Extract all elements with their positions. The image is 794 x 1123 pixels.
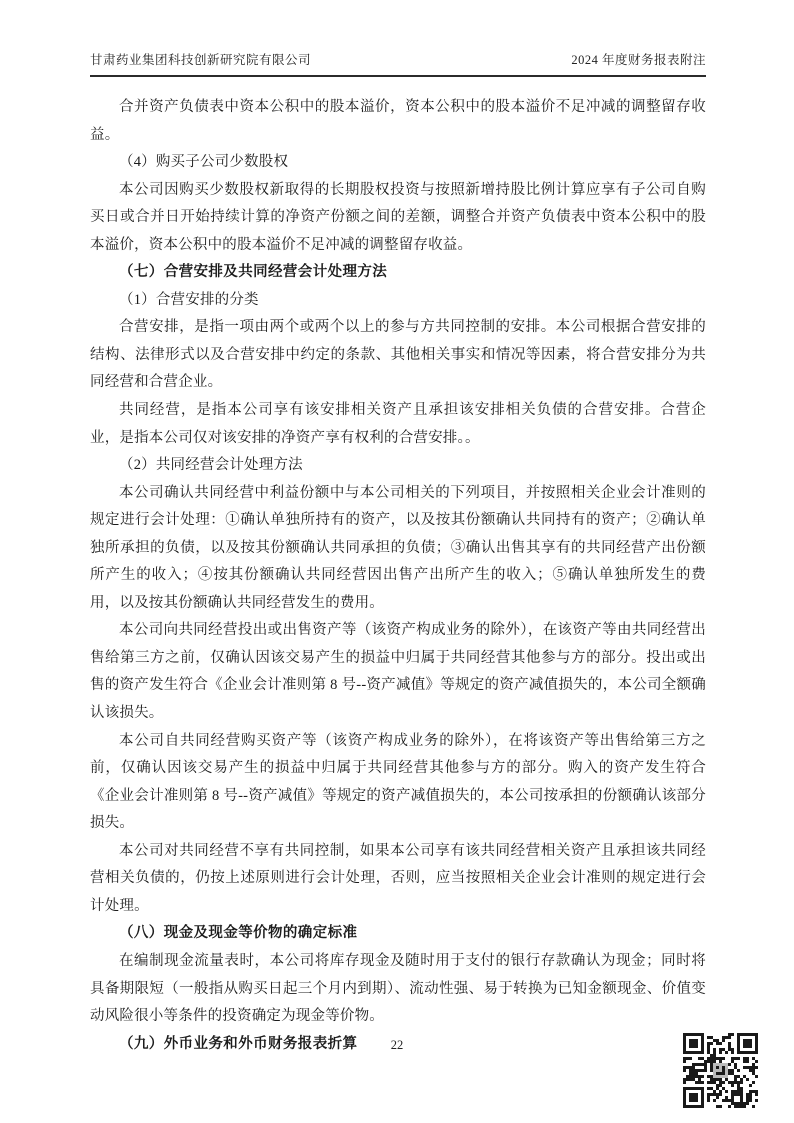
section-heading: （八）现金及现金等价物的确定标准 xyxy=(90,920,706,948)
paragraph: 合营安排，是指一项由两个或两个以上的参与方共同控制的安排。本公司根据合营安排的结… xyxy=(90,314,706,397)
page-header: 甘肃药业集团科技创新研究院有限公司 2024 年度财务报表附注 xyxy=(90,50,706,77)
sub-heading: （2）共同经营会计处理方法 xyxy=(90,452,706,480)
page-number: 22 xyxy=(0,1038,794,1053)
paragraph: 在编制现金流量表时，本公司将库存现金及随时用于支付的银行存款确认为现金；同时将具… xyxy=(90,948,706,1031)
paragraph: 本公司确认共同经营中利益份额中与本公司相关的下列项目，并按照相关企业会计准则的规… xyxy=(90,480,706,618)
qr-code-icon xyxy=(683,1033,758,1108)
sub-heading: （4）购买子公司少数股权 xyxy=(90,149,706,177)
document-page: 甘肃药业集团科技创新研究院有限公司 2024 年度财务报表附注 合并资产负债表中… xyxy=(0,0,794,1123)
sub-heading: （1）合营安排的分类 xyxy=(90,287,706,315)
paragraph: 本公司向共同经营投出或出售资产等（该资产构成业务的除外），在该资产等由共同经营出… xyxy=(90,617,706,727)
paragraph: 合并资产负债表中资本公积中的股本溢价，资本公积中的股本溢价不足冲减的调整留存收益… xyxy=(90,94,706,149)
paragraph: 本公司自共同经营购买资产等（该资产构成业务的除外），在将该资产等出售给第三方之前… xyxy=(90,728,706,838)
header-report-title: 2024 年度财务报表附注 xyxy=(571,50,706,68)
header-company-name: 甘肃药业集团科技创新研究院有限公司 xyxy=(90,50,311,68)
section-heading: （七）合营安排及共同经营会计处理方法 xyxy=(90,259,706,287)
paragraph: 本公司对共同经营不享有共同控制，如果本公司享有该共同经营相关资产且承担该共同经营… xyxy=(90,838,706,921)
document-body: 合并资产负债表中资本公积中的股本溢价，资本公积中的股本溢价不足冲减的调整留存收益… xyxy=(90,94,706,1058)
paragraph: 共同经营，是指本公司享有该安排相关资产且承担该安排相关负债的合营安排。合营企业，… xyxy=(90,397,706,452)
paragraph: 本公司因购买少数股权新取得的长期股权投资与按照新增持股比例计算应享有子公司自购买… xyxy=(90,177,706,260)
